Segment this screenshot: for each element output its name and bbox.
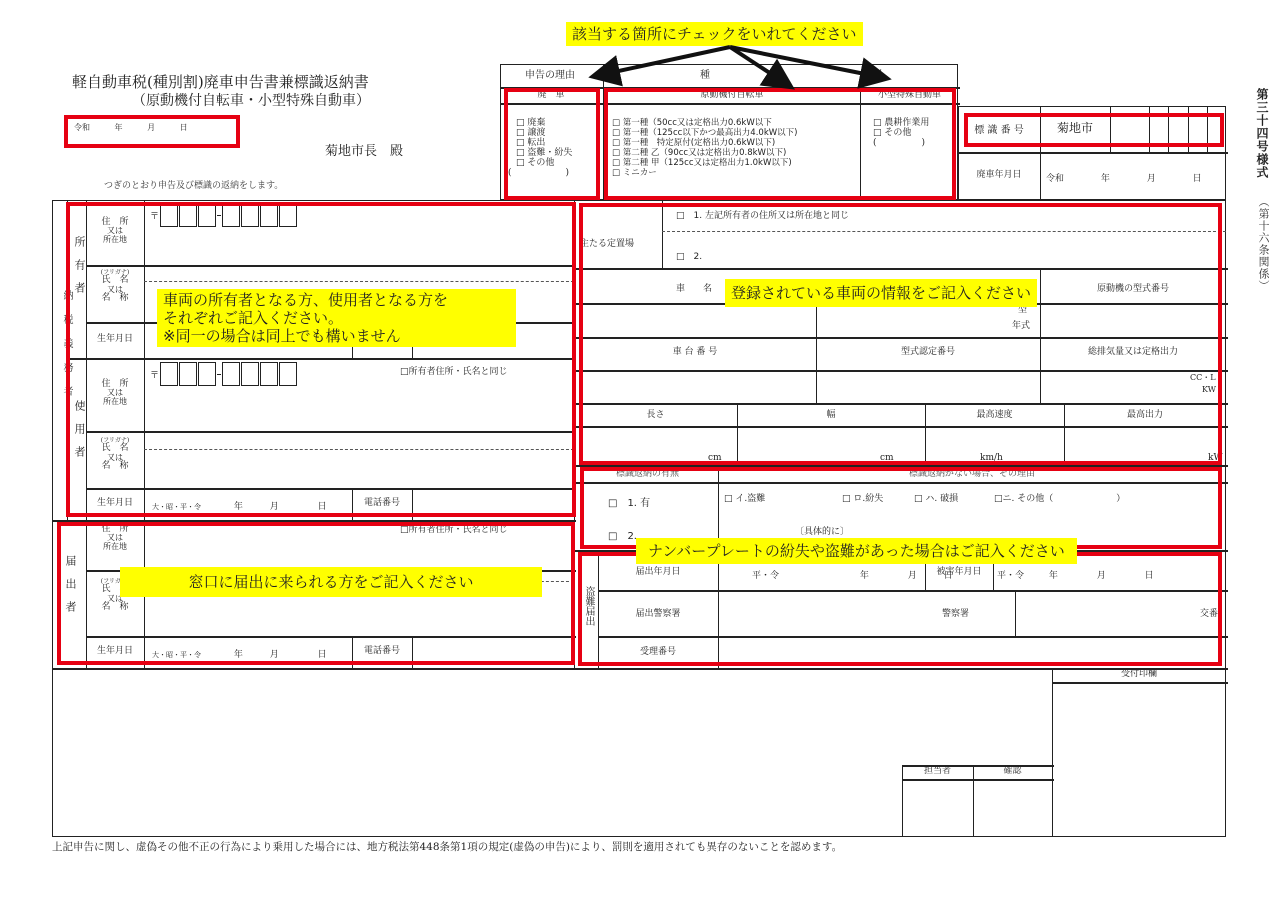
staff-label: 担当者 — [902, 767, 973, 777]
check-note: 該当する箇所にチェックをいれてください — [566, 22, 863, 46]
pointer-arrows — [560, 45, 900, 95]
date-highlight-box — [64, 115, 240, 148]
intro-text: つぎのとおり申告及び標識の返納をします。 — [104, 178, 283, 191]
form-number-sublabel: （第十六条関係） — [1255, 196, 1271, 292]
scrap-date-month: 月 — [1147, 174, 1156, 184]
check-label: 確認 — [973, 767, 1052, 777]
addressee: 菊地市長 殿 — [325, 140, 403, 159]
theft-highlight-box — [578, 552, 1222, 666]
scrap-date-label: 廃車年月日 — [960, 171, 1038, 181]
form-subtitle: （原動機付自転車・小型特殊自動車） — [132, 90, 370, 110]
scrap-date-year: 年 — [1101, 174, 1110, 184]
owner-user-note: 車両の所有者となる方、使用者となる方を それぞれご記入ください。 ※同一の場合は… — [157, 289, 516, 347]
vehicle-highlight-box — [579, 203, 1222, 465]
stamp-label: 受付印欄 — [1052, 670, 1226, 680]
plate-highlight-box — [964, 113, 1224, 147]
form-number-label: 第三十四号様式 — [1254, 88, 1271, 179]
plate-return-highlight-box — [580, 467, 1222, 549]
notifier-note: 窓口に届出に来られる方をご記入ください — [120, 567, 542, 597]
stamp-area — [1054, 684, 1224, 834]
form-title: 軽自動車税(種別割)廃車申告書兼標識返納書 — [72, 71, 369, 92]
taxpayer-highlight-box — [66, 202, 576, 517]
scrap-date-era: 令和 — [1046, 174, 1064, 184]
taxpayer-group-label: 納税義務者 — [53, 290, 67, 410]
scrap-date-day: 日 — [1193, 174, 1202, 184]
vehicle-note: 登録されている車両の情報をご記入ください — [725, 279, 1037, 307]
scrap-date[interactable]: 令和 年 月 日 — [1046, 171, 1202, 184]
plate-loss-note: ナンバープレートの紛失や盗難があった場合はご記入ください — [636, 538, 1077, 564]
category-highlight-box — [604, 88, 956, 200]
reason-highlight-box — [504, 88, 600, 200]
footer-disclaimer: 上記申告に関し、虚偽その他不正の行為により乗用した場合には、地方税法第448条第… — [52, 839, 842, 854]
